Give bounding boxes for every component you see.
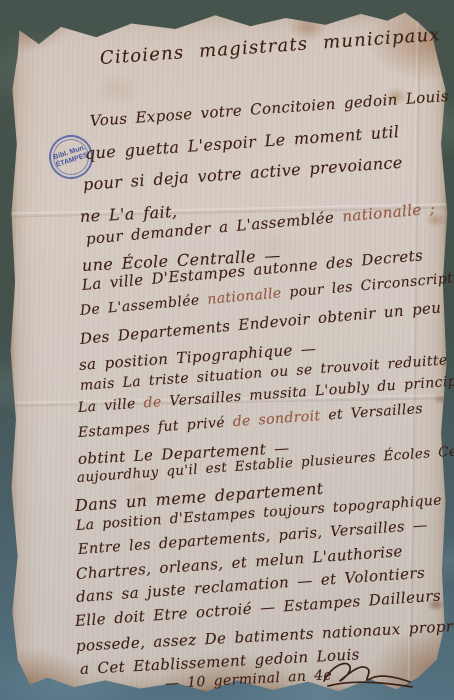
manuscript-text-segment: de	[143, 394, 162, 411]
manuscript-title: Citoiens magistrats municipaux	[99, 24, 441, 69]
library-stamp-line1: Bibl. Mun.	[53, 144, 87, 162]
manuscript-text-segment: Estampes fut privé	[77, 414, 233, 441]
manuscript-text-segment: et Versailles	[320, 401, 424, 424]
manuscript-text-layer: Bibl. Mun. ÉTAMPES Citoiens magistrats m…	[0, 0, 454, 700]
manuscript-text-segment: nationalle ;	[342, 199, 436, 225]
photo-background: { "colors": { "background_top": "#46544d…	[0, 0, 454, 700]
manuscript-text-segment: Citoiens magistrats municipaux	[99, 24, 441, 69]
manuscript-text-segment: de sondroit	[232, 408, 321, 430]
manuscript-text-segment: La ville	[77, 395, 144, 416]
manuscript-text-segment: De L'assemblée	[79, 292, 208, 319]
manuscript-text-segment: nationalle	[207, 285, 283, 307]
